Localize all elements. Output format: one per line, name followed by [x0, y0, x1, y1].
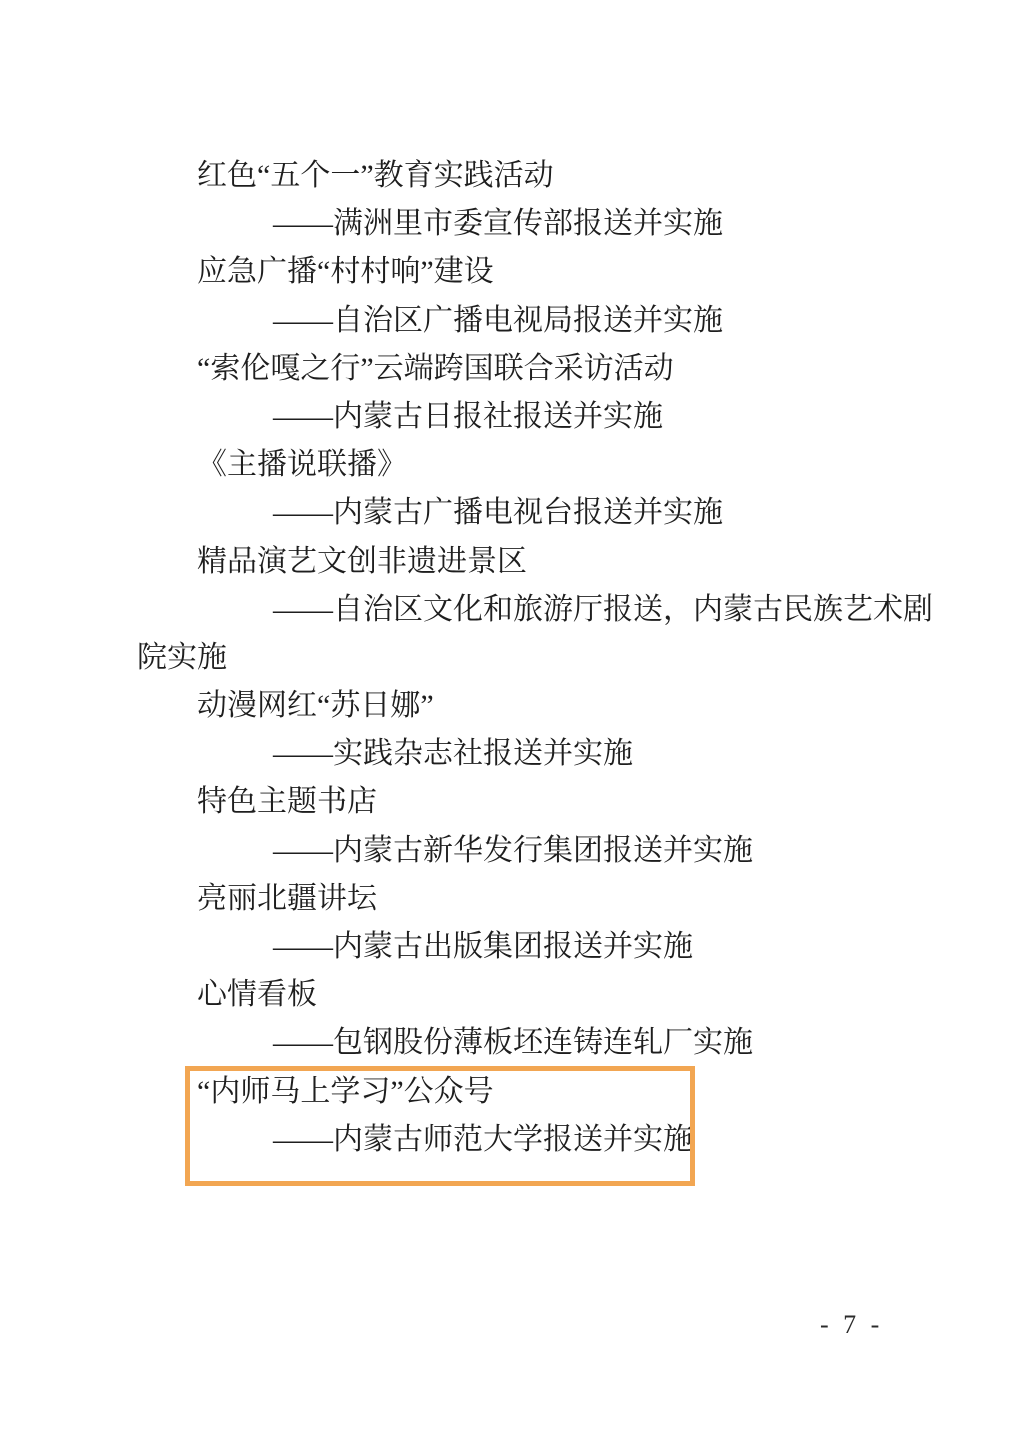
entry-title: 特色主题书店 [137, 778, 907, 826]
entry-attribution: ——实践杂志社报送并实施 [137, 730, 907, 778]
entry-attribution: ——自治区文化和旅游厅报送，内蒙古民族艺术剧 [137, 586, 907, 634]
entry-attribution: ——包钢股份薄板坯连铸连轧厂实施 [137, 1019, 907, 1067]
entry-attribution: ——内蒙古新华发行集团报送并实施 [137, 827, 907, 875]
entry-title: 《主播说联播》 [137, 441, 907, 489]
entry-title: 红色“五个一”教育实践活动 [137, 152, 907, 200]
entry-attribution: ——自治区广播电视局报送并实施 [137, 297, 907, 345]
entry-attribution: ——内蒙古师范大学报送并实施 [137, 1116, 907, 1164]
entry-list: 红色“五个一”教育实践活动——满洲里市委宣传部报送并实施应急广播“村村响”建设—… [137, 152, 907, 1164]
entry-title: “内师马上学习”公众号 [137, 1068, 907, 1116]
entry-attribution: ——内蒙古日报社报送并实施 [137, 393, 907, 441]
entry-title: 精品演艺文创非遗进景区 [137, 538, 907, 586]
document-page: 红色“五个一”教育实践活动——满洲里市委宣传部报送并实施应急广播“村村响”建设—… [0, 0, 1024, 1447]
entry-title: 心情看板 [137, 971, 907, 1019]
entry-attribution: ——满洲里市委宣传部报送并实施 [137, 200, 907, 248]
entry-attribution: ——内蒙古出版集团报送并实施 [137, 923, 907, 971]
entry-title: 亮丽北疆讲坛 [137, 875, 907, 923]
entry-title: 动漫网红“苏日娜” [137, 682, 907, 730]
entry-attribution-continuation: 院实施 [137, 634, 907, 682]
entry-title: 应急广播“村村响”建设 [137, 248, 907, 296]
page-number: - 7 - [820, 1308, 883, 1342]
entry-title: “索伦嘎之行”云端跨国联合采访活动 [137, 345, 907, 393]
entry-attribution: ——内蒙古广播电视台报送并实施 [137, 489, 907, 537]
